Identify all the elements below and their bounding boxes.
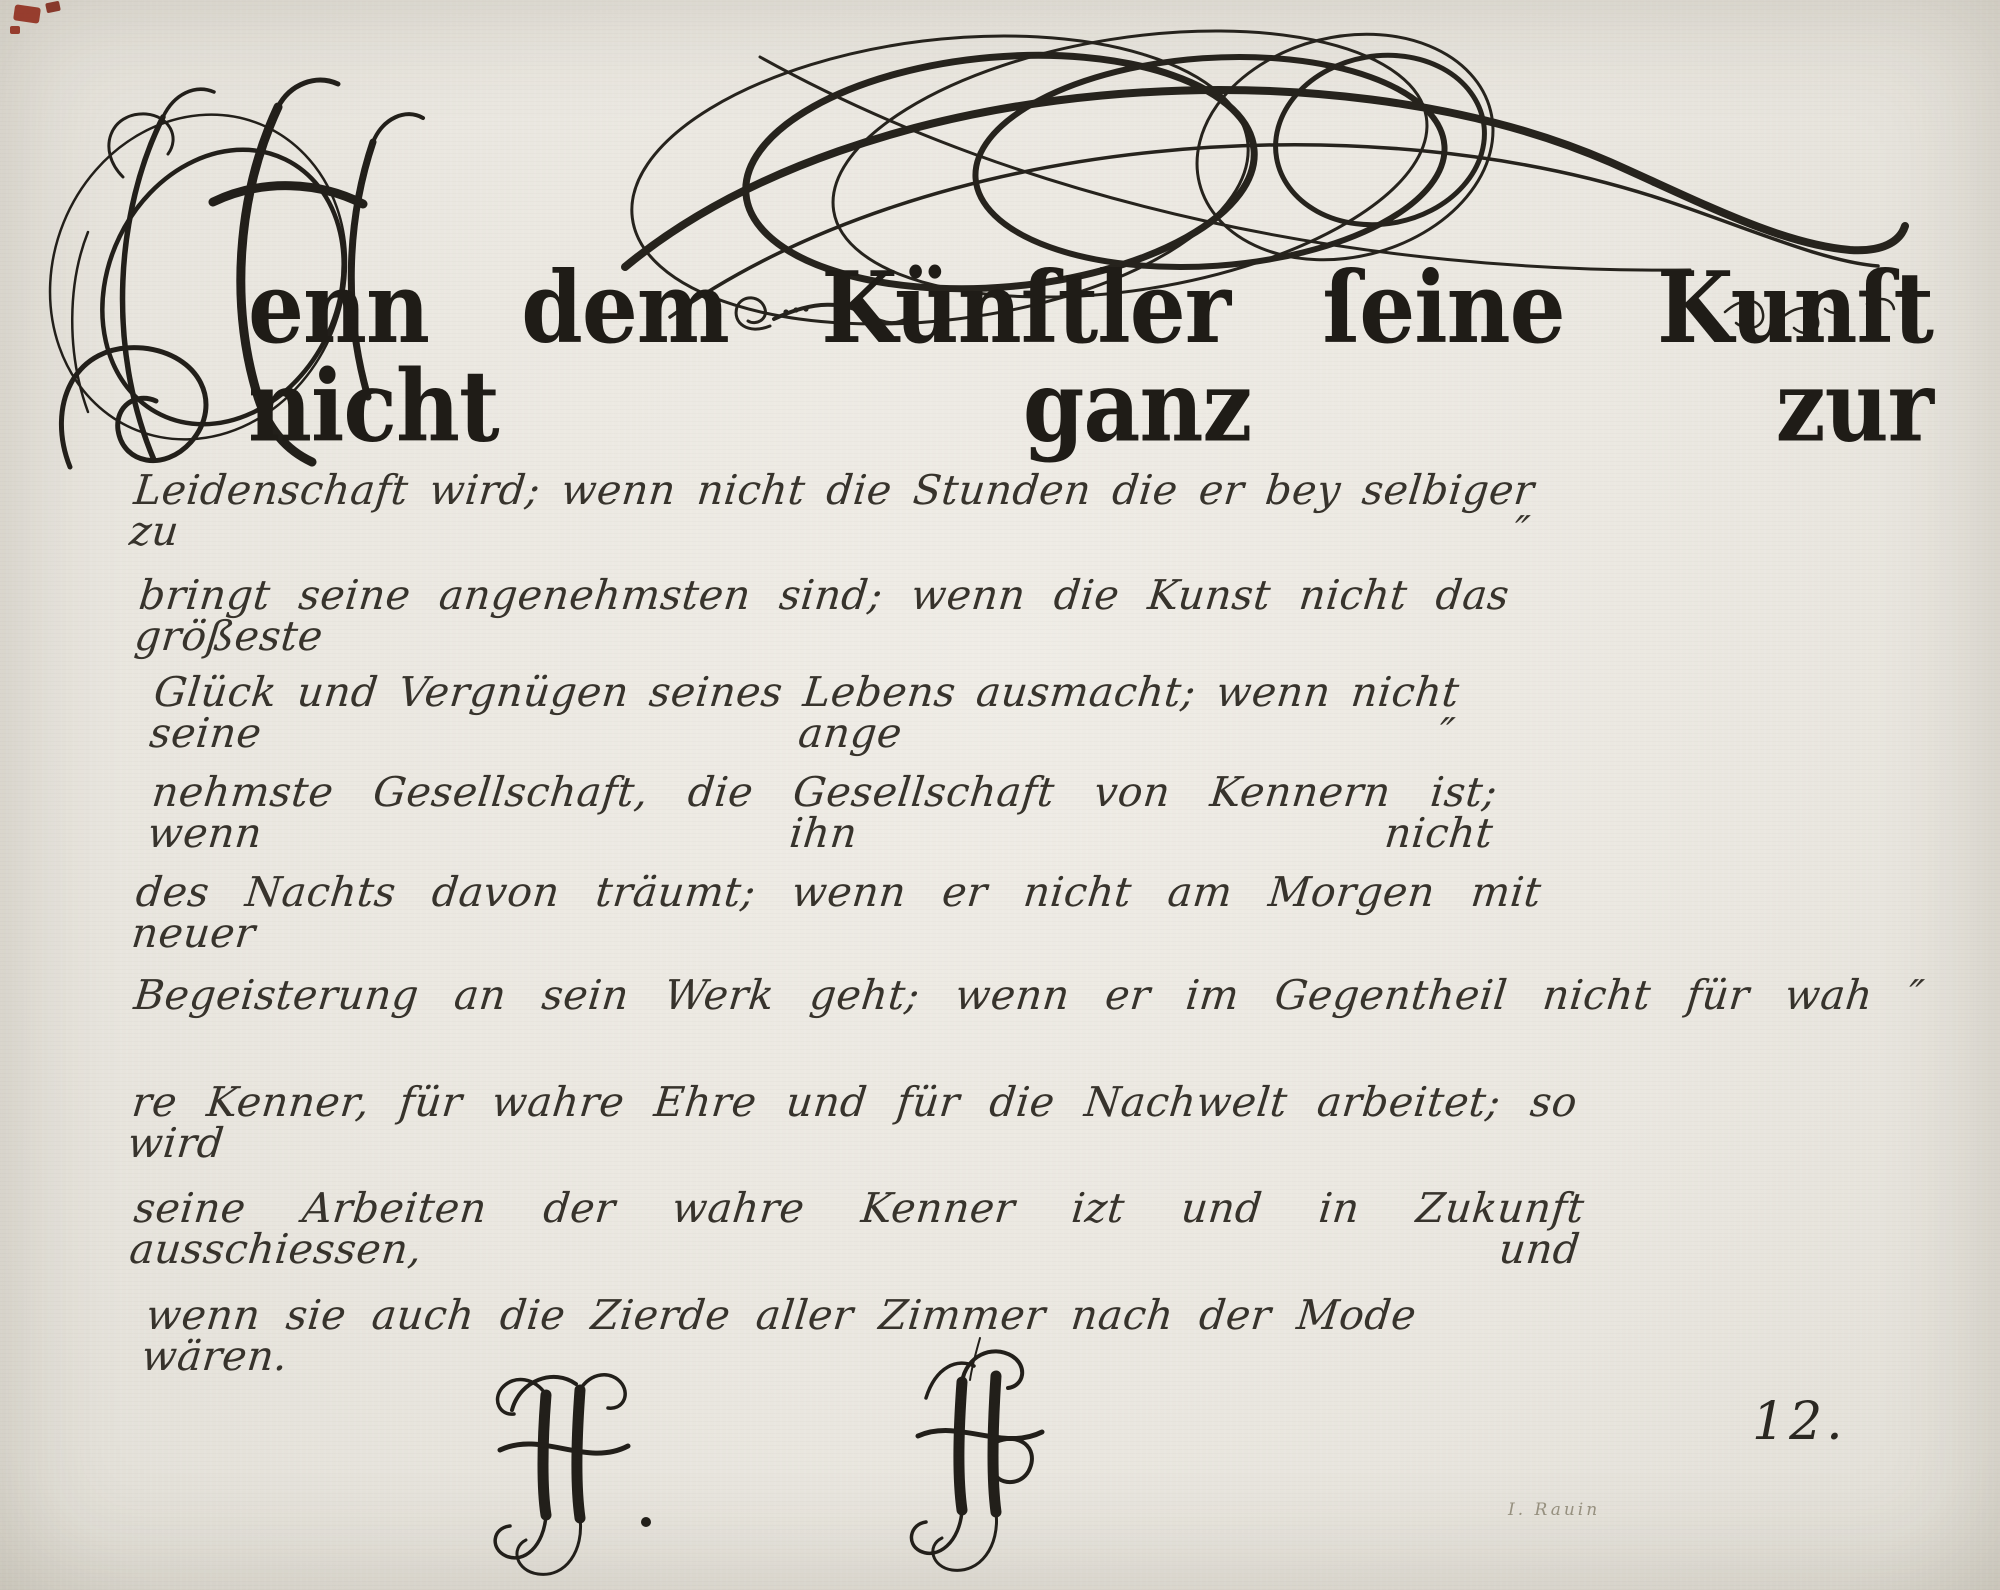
body-line: Glück und Vergnügen seines Lebens ausmac… xyxy=(150,672,1461,732)
body-line: bringt seine angenehmsten sind; wenn die… xyxy=(135,575,1511,635)
body-line: re Kenner, für wahre Ehre und für die Na… xyxy=(128,1082,1579,1142)
engraver-signature: I. Rauin xyxy=(1508,1500,1600,1520)
headline-text: enn dem Künſtler ſeine Kunſt nicht ganz … xyxy=(248,258,1933,392)
scan-artifact xyxy=(45,1,61,14)
scan-artifact xyxy=(13,4,41,23)
body-line: Leidenschaft wird; wenn nicht die Stunde… xyxy=(130,470,1536,530)
page-number: 12. xyxy=(1752,1392,1847,1452)
monogram-period xyxy=(641,1517,651,1527)
body-line: wenn sie auch die Zierde aller Zimmer na… xyxy=(142,1295,1418,1355)
scan-artifact xyxy=(10,26,20,34)
body-line: nehmste Gesellschaft, die Gesellschaft v… xyxy=(148,772,1499,832)
monogram-left xyxy=(450,1350,665,1585)
page: enn dem Künſtler ſeine Kunſt nicht ganz … xyxy=(0,0,2000,1590)
body-line: des Nachts davon träumt; wenn er nicht a… xyxy=(132,872,1543,932)
body-line: Begeisterung an sein Werk geht; wenn er … xyxy=(130,975,1926,1035)
monogram-right xyxy=(862,1332,1082,1580)
body-line: seine Arbeiten der wahre Kenner izt und … xyxy=(130,1188,1586,1248)
